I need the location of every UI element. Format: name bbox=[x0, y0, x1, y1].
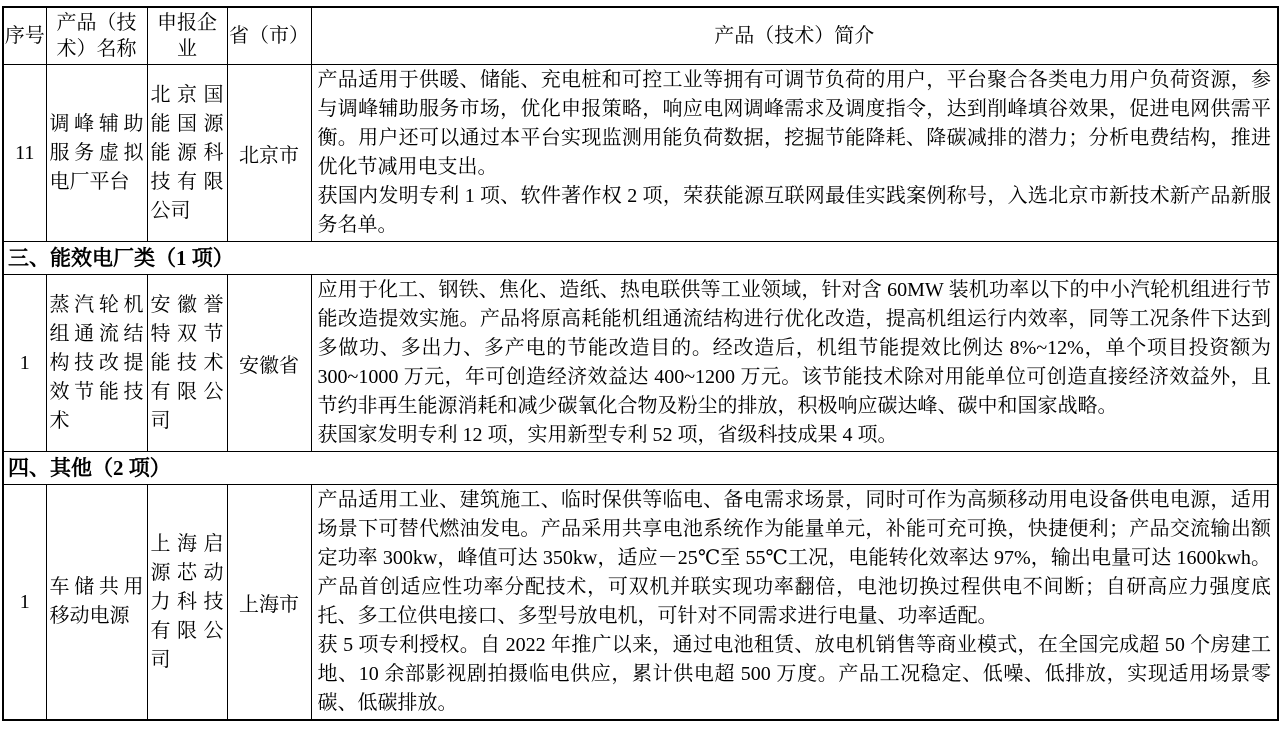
intro-paragraph: 产品适用工业、建筑施工、临时保供等临电、备电需求场景，同时可作为高频移动用电设备… bbox=[318, 486, 1272, 631]
product-name-cell: 调峰辅助服务虚拟电厂平台 bbox=[46, 65, 147, 242]
intro-paragraph: 获 5 项专利授权。自 2022 年推广以来，通过电池租赁、放电机销售等商业模式… bbox=[318, 631, 1272, 718]
section-header-row: 四、其他（2 项） bbox=[3, 452, 1278, 485]
header-cell-serial: 序号 bbox=[3, 7, 46, 65]
header-row: 序号 产品（技术）名称 申报企业 省（市） 产品（技术）简介 bbox=[3, 7, 1278, 65]
products-technology-table: 序号 产品（技术）名称 申报企业 省（市） 产品（技术）简介 11 调峰辅助服务… bbox=[2, 6, 1279, 721]
table-row: 1 车储共用移动电源 上海启源芯动力科技有限公司 上海市 产品适用工业、建筑施工… bbox=[3, 485, 1278, 721]
table-row: 1 蒸汽轮机组通流结构技改提效节能技术 安徽誉特双节能技术有限公司 安徽省 应用… bbox=[3, 275, 1278, 452]
intro-paragraph: 应用于化工、钢铁、焦化、造纸、热电联供等工业领域，针对含 60MW 装机功率以下… bbox=[318, 276, 1272, 421]
section-title: 四、其他（2 项） bbox=[3, 452, 1278, 485]
intro-paragraph: 获国内发明专利 1 项、软件著作权 2 项，荣获能源互联网最佳实践案例称号，入选… bbox=[318, 182, 1272, 240]
serial-cell: 11 bbox=[3, 65, 46, 242]
intro-paragraph: 获国家发明专利 12 项，实用新型专利 52 项，省级科技成果 4 项。 bbox=[318, 421, 1272, 450]
header-cell-product-name: 产品（技术）名称 bbox=[46, 7, 147, 65]
header-cell-province: 省（市） bbox=[227, 7, 311, 65]
section-title: 三、能效电厂类（1 项） bbox=[3, 242, 1278, 275]
province-cell: 上海市 bbox=[227, 485, 311, 721]
header-cell-company: 申报企业 bbox=[147, 7, 227, 65]
serial-cell: 1 bbox=[3, 275, 46, 452]
company-cell: 安徽誉特双节能技术有限公司 bbox=[147, 275, 227, 452]
province-cell: 安徽省 bbox=[227, 275, 311, 452]
table-row: 11 调峰辅助服务虚拟电厂平台 北京国能国源能源科技有限公司 北京市 产品适用于… bbox=[3, 65, 1278, 242]
intro-cell: 产品适用工业、建筑施工、临时保供等临电、备电需求场景，同时可作为高频移动用电设备… bbox=[311, 485, 1278, 721]
intro-cell: 应用于化工、钢铁、焦化、造纸、热电联供等工业领域，针对含 60MW 装机功率以下… bbox=[311, 275, 1278, 452]
product-name-cell: 车储共用移动电源 bbox=[46, 485, 147, 721]
serial-cell: 1 bbox=[3, 485, 46, 721]
company-cell: 北京国能国源能源科技有限公司 bbox=[147, 65, 227, 242]
intro-cell: 产品适用于供暖、储能、充电桩和可控工业等拥有可调节负荷的用户，平台聚合各类电力用… bbox=[311, 65, 1278, 242]
province-cell: 北京市 bbox=[227, 65, 311, 242]
section-header-row: 三、能效电厂类（1 项） bbox=[3, 242, 1278, 275]
intro-paragraph: 产品适用于供暖、储能、充电桩和可控工业等拥有可调节负荷的用户，平台聚合各类电力用… bbox=[318, 66, 1272, 182]
header-cell-intro: 产品（技术）简介 bbox=[311, 7, 1278, 65]
product-name-cell: 蒸汽轮机组通流结构技改提效节能技术 bbox=[46, 275, 147, 452]
company-cell: 上海启源芯动力科技有限公司 bbox=[147, 485, 227, 721]
